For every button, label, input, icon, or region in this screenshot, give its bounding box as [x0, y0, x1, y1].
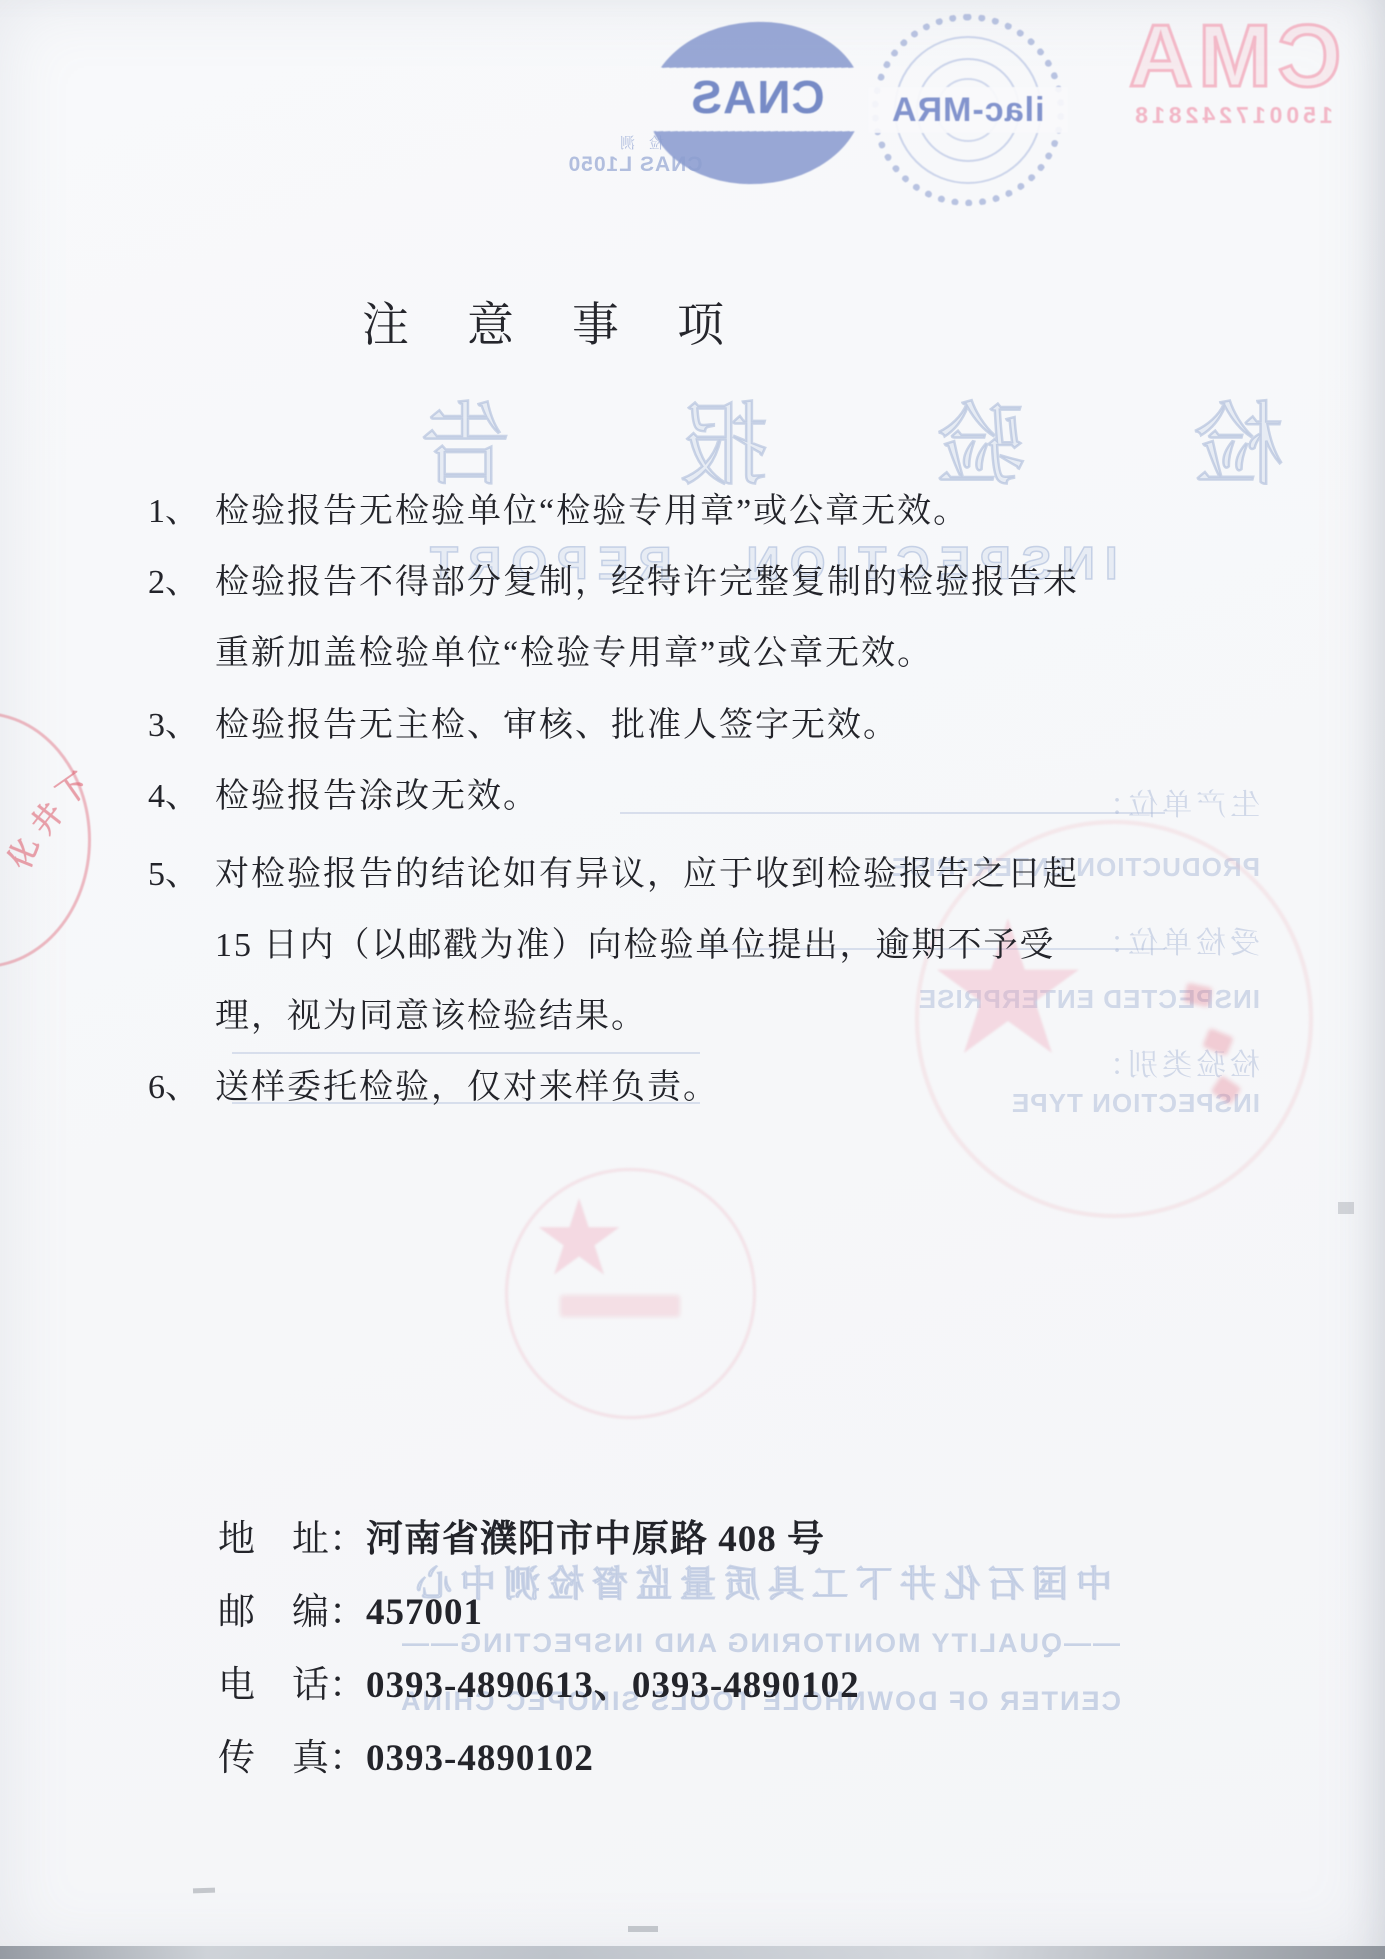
scan-edge-shadow [0, 1946, 1385, 1959]
note-item-3: 3、检验报告无主检、审核、批准人签字无效。 [148, 697, 899, 746]
contact-label: 地 址： [218, 1519, 366, 1560]
scan-speck [193, 1888, 215, 1894]
scan-speck [1338, 1202, 1354, 1214]
cma-stamp: CMA 150017242818 [1092, 14, 1372, 129]
note-number: 1、 [148, 483, 215, 532]
star-icon: ★ [532, 1186, 626, 1291]
scanned-notice-page: CNAS 检测 CNAS L1050 ilac-MRA CMA 15001724… [0, 0, 1385, 1959]
contact-phone-row: 电 话：0393-4890613、0393-4890102 [218, 1654, 860, 1708]
contact-label: 电 话： [218, 1665, 366, 1706]
note-item-5-cont: 理，视为同意该检验结果。 [215, 988, 647, 1037]
ghost-underline [232, 1052, 700, 1054]
note-text: 检验报告无主检、审核、批准人签字无效。 [215, 707, 899, 744]
contact-value: 河南省濮阳市中原路 408 号 [366, 1519, 825, 1560]
cnas-logo-text: CNAS [660, 70, 855, 124]
page-title: 注意事项 [362, 288, 782, 355]
cma-certificate-number: 150017242818 [1092, 102, 1372, 129]
note-text: 检验报告不得部分复制，经特许完整复制的检验报告未 [215, 564, 1079, 601]
note-text: 对检验报告的结论如有异议，应于收到检验报告之日起 [215, 856, 1079, 893]
ilac-mra-stamp-icon: ilac-MRA [872, 14, 1064, 206]
note-text: 送样委托检验，仅对来样负责。 [215, 1069, 719, 1106]
contact-value: 457001 [366, 1592, 483, 1633]
note-item-5: 5、对检验报告的结论如有异议，应于收到检验报告之日起 [148, 846, 1079, 895]
cnas-caption: 检测 CNAS L1050 [545, 132, 725, 177]
note-number: 3、 [148, 697, 215, 746]
ghost-seal-mark [560, 1295, 680, 1317]
note-item-2: 2、检验报告不得部分复制，经特许完整复制的检验报告未 [148, 554, 1079, 603]
contact-postcode-row: 邮 编：457001 [218, 1581, 483, 1635]
cma-logo-text: CMA [1092, 14, 1372, 98]
contact-label: 传 真： [218, 1738, 366, 1779]
ilac-band: ilac-MRA [868, 87, 1068, 133]
note-number: 4、 [148, 768, 215, 817]
note-text: 检验报告涂改无效。 [215, 778, 539, 815]
note-number: 6、 [148, 1059, 215, 1108]
ghost-form-row: 生产单位： [640, 780, 1260, 824]
note-item-6: 6、送样委托检验，仅对来样负责。 [148, 1059, 719, 1108]
contact-fax-row: 传 真：0393-4890102 [218, 1727, 594, 1781]
ghost-underline [620, 812, 1165, 814]
cnas-accreditation-code: CNAS L1050 [545, 153, 725, 177]
note-text: 检验报告无检验单位“检验专用章”或公章无效。 [215, 493, 969, 530]
note-item-1: 1、检验报告无检验单位“检验专用章”或公章无效。 [148, 483, 969, 532]
contact-label: 邮 编： [218, 1592, 366, 1633]
note-item-2-cont: 重新加盖检验单位“检验专用章”或公章无效。 [215, 625, 933, 674]
contact-value: 0393-4890613、0393-4890102 [366, 1665, 860, 1706]
contact-value: 0393-4890102 [366, 1738, 594, 1779]
note-number: 2、 [148, 554, 215, 603]
contact-address-row: 地 址：河南省濮阳市中原路 408 号 [218, 1508, 825, 1562]
note-item-5-cont: 15 日内（以邮戳为准）向检验单位提出，逾期不予受 [215, 917, 1056, 966]
note-number: 5、 [148, 846, 215, 895]
scan-speck [628, 1926, 658, 1932]
note-item-4: 4、检验报告涂改无效。 [148, 768, 539, 817]
cnas-caption-cn: 检测 [545, 132, 725, 153]
ilac-mra-label: ilac-MRA [891, 91, 1044, 130]
